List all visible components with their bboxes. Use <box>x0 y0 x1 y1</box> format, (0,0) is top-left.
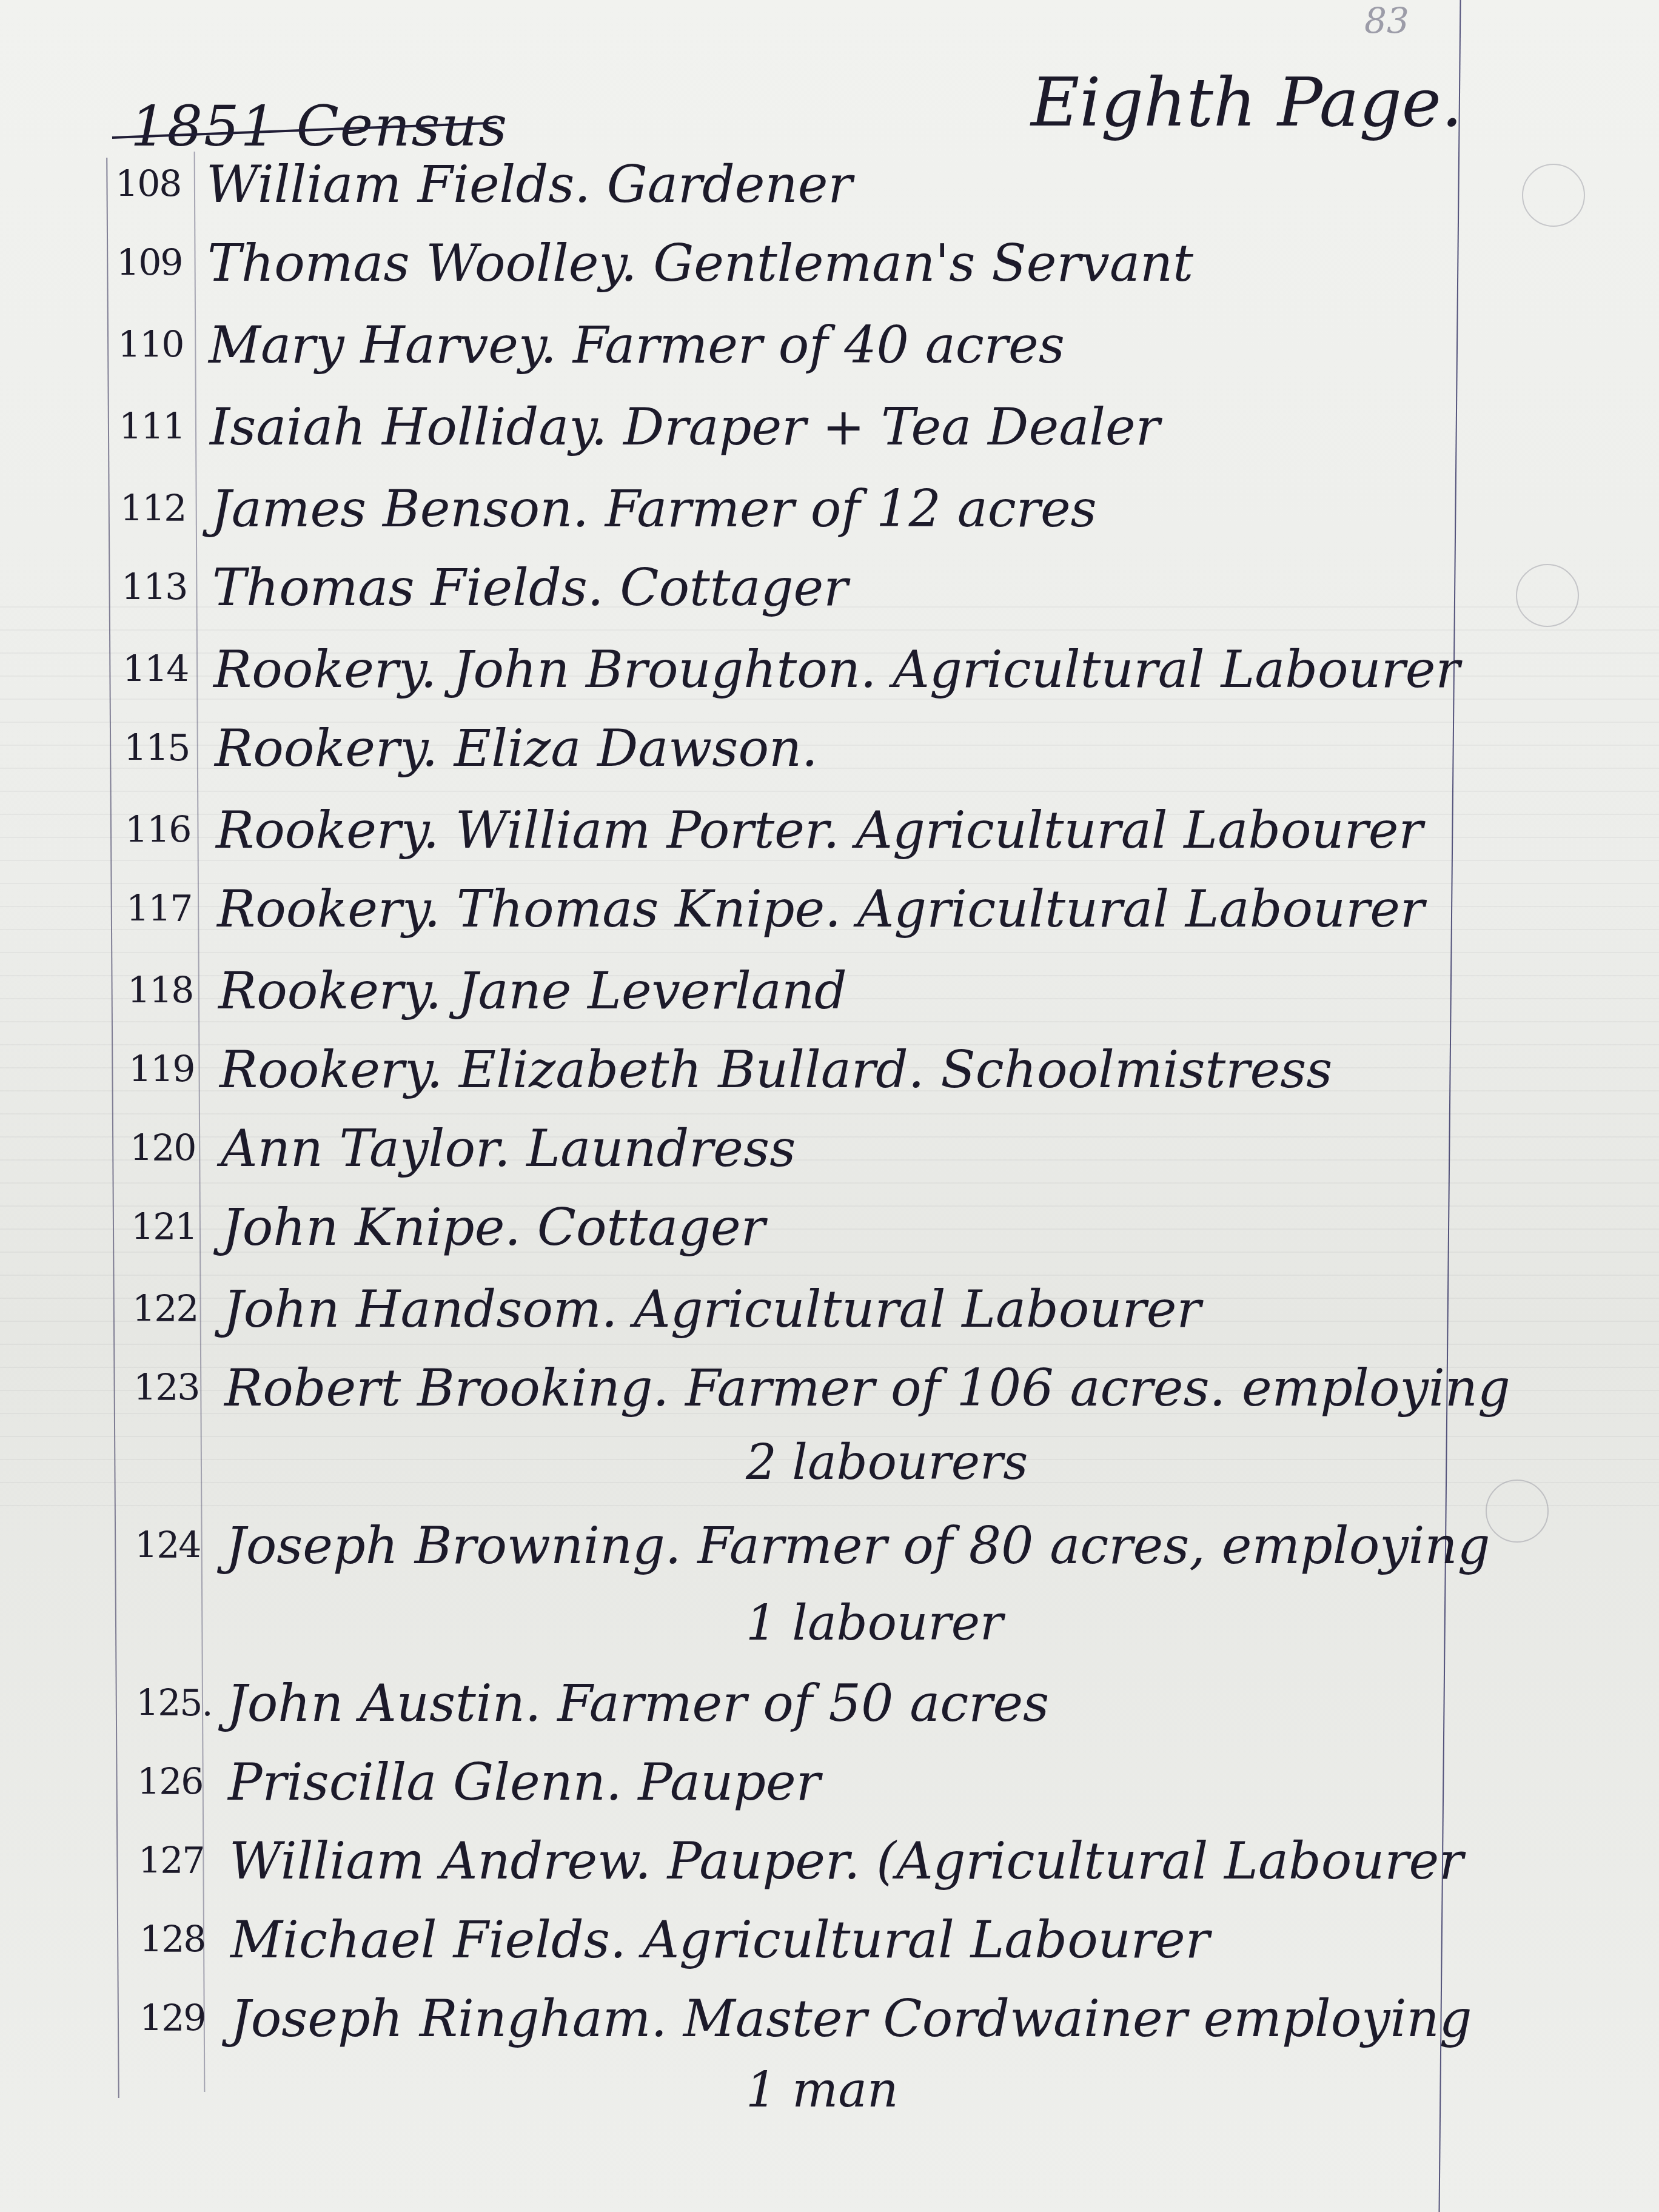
entry-number: 116 <box>125 809 210 851</box>
entry-number: 115 <box>124 727 209 769</box>
entry-number: 119 <box>129 1048 213 1091</box>
entry-text: Isaiah Holliday. Draper + Tea Dealer <box>210 397 1160 457</box>
entry-number: 121 <box>131 1206 216 1248</box>
entry-number: 112 <box>120 488 205 530</box>
entry-number: 126 <box>137 1761 222 1803</box>
entry-text: Michael Fields. Agricultural Labourer <box>230 1910 1210 1969</box>
entry-continuation: 2 labourers <box>746 1434 1028 1490</box>
entry-text: John Handsom. Agricultural Labourer <box>223 1279 1201 1339</box>
entry-text: Joseph Ringham. Master Cordwainer employ… <box>230 1989 1472 2048</box>
entry-number: 120 <box>130 1127 215 1170</box>
entry-number: 110 <box>118 324 203 366</box>
entry-text: Joseph Browning. Farmer of 80 acres, emp… <box>226 1516 1490 1575</box>
entry-text: Priscilla Glenn. Pauper <box>228 1752 820 1812</box>
entry-number: 124 <box>135 1524 220 1567</box>
punch-hole-mark <box>1486 1480 1549 1543</box>
entry-text: Rookery. Eliza Dawson. <box>215 719 818 778</box>
entry-text: Ann Taylor. Laundress <box>221 1119 796 1178</box>
entry-text: Rookery. William Porter. Agricultural La… <box>216 800 1423 860</box>
page-label: Eighth Page. <box>1031 64 1463 141</box>
entry-text: John Austin. Farmer of 50 acres <box>227 1674 1049 1733</box>
entry-number: 123 <box>133 1367 218 1409</box>
entry-text: Rookery. Jane Leverland <box>218 961 847 1021</box>
entry-text: Robert Brooking. Farmer of 106 acres. em… <box>224 1358 1510 1418</box>
entry-text: Mary Harvey. Farmer of 40 acres <box>209 315 1065 375</box>
entry-number: 113 <box>121 566 206 609</box>
entry-text: Rookery. Elizabeth Bullard. Schoolmistre… <box>220 1040 1332 1099</box>
entry-continuation: 1 man <box>746 2062 898 2118</box>
entry-text: Thomas Fields. Cottager <box>212 558 848 617</box>
entry-number: 108 <box>115 163 200 206</box>
entry-number: 129 <box>139 1997 224 2040</box>
entry-number: 125. <box>136 1682 221 1724</box>
entry-text: William Andrew. Pauper. (Agricultural La… <box>229 1831 1463 1891</box>
entry-text: William Fields. Gardener <box>206 155 853 214</box>
punch-hole-mark <box>1522 164 1585 227</box>
entry-text: James Benson. Farmer of 12 acres <box>211 479 1097 538</box>
entry-number: 117 <box>126 888 211 930</box>
entry-number: 122 <box>132 1288 217 1330</box>
document-title: 1851 Census <box>130 94 508 159</box>
entry-text: Rookery. Thomas Knipe. Agricultural Labo… <box>217 879 1424 939</box>
entry-text: Thomas Woolley. Gentleman's Servant <box>207 233 1193 293</box>
punch-hole-mark <box>1516 564 1579 627</box>
entry-number: 127 <box>138 1840 223 1882</box>
entry-number: 114 <box>122 648 207 691</box>
document-page: 83 1851 Census Eighth Page. 108William F… <box>0 0 1659 2212</box>
entry-number: 118 <box>127 970 212 1012</box>
entry-number: 111 <box>119 406 204 448</box>
entry-text: Rookery. John Broughton. Agricultural La… <box>213 640 1460 699</box>
entry-continuation: 1 labourer <box>746 1595 1003 1651</box>
entry-number: 109 <box>116 242 201 284</box>
entry-text: John Knipe. Cottager <box>222 1198 765 1257</box>
entry-number: 128 <box>139 1919 224 1961</box>
page-number: 83 <box>1364 0 1409 41</box>
